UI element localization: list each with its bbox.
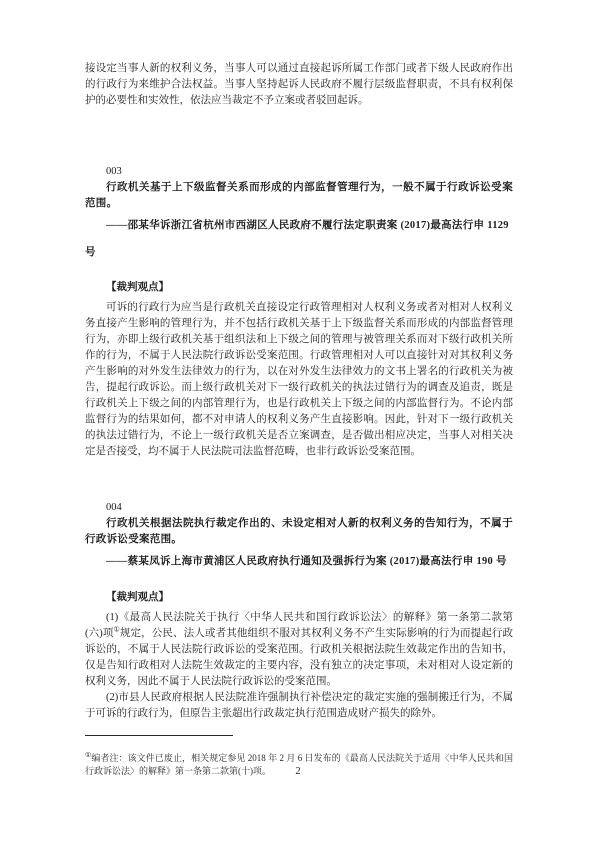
section-004-headline: 行政机关根据法院执行裁定作出的、未设定相对人新的权利义务的告知行为，不属于行政诉… <box>85 516 513 548</box>
section-003-number: 003 <box>85 164 513 180</box>
section-003: 003 行政机关基于上下级监督关系而形成的内部监督管理行为，一般不属于行政诉讼受… <box>85 164 513 460</box>
document-page: 接设定当事人新的权利义务，当事人可以通过直接起诉所属工作部门或者下级人民政府作出… <box>0 0 596 842</box>
footnote-separator <box>85 735 233 736</box>
section-003-citation: ——邵某华诉浙江省杭州市西湖区人民政府不履行法定职责案 (2017)最高法行申 … <box>85 212 513 266</box>
section-004-citation: ——蔡某凤诉上海市黄浦区人民政府执行通知及强拆行为案 (2017)最高法行申 1… <box>85 548 513 575</box>
section-003-viewpoint-paragraph: 可诉的行政行为应当是行政机关直接设定行政管理相对人权利义务或者对相对人权利义务直… <box>85 300 513 460</box>
section-004-viewpoint-paragraph-2: (2)市县人民政府根据人民法院准许强制执行补偿决定的裁定实施的强制搬迁行为，不属… <box>85 690 513 722</box>
section-004-viewpoint-label: 【裁判观点】 <box>85 590 513 606</box>
citation-line: ——邵某华诉浙江省杭州市西湖区人民政府不履行法定职责案 (2017)最高法行申 … <box>106 220 509 231</box>
paragraph-text: 规定，公民、法人或者其他组织不服对其权利义务不产生实际影响的行为而提起行政诉讼的… <box>85 628 513 687</box>
page-content: 接设定当事人新的权利义务，当事人可以通过直接起诉所属工作部门或者下级人民政府作出… <box>85 61 513 722</box>
section-003-headline: 行政机关基于上下级监督关系而形成的内部监督管理行为，一般不属于行政诉讼受案范围。 <box>85 180 513 212</box>
page-number: 2 <box>0 766 596 777</box>
continuation-paragraph: 接设定当事人新的权利义务，当事人可以通过直接起诉所属工作部门或者下级人民政府作出… <box>85 61 513 109</box>
section-003-viewpoint-label: 【裁判观点】 <box>85 280 513 296</box>
section-004: 004 行政机关根据法院执行裁定作出的、未设定相对人新的权利义务的告知行为，不属… <box>85 500 513 722</box>
citation-tail: 号 <box>85 247 96 258</box>
section-004-number: 004 <box>85 500 513 516</box>
section-004-viewpoint-paragraph-1: (1)《最高人民法院关于执行〈中华人民共和国行政诉讼法〉的解释》第一条第二款第(… <box>85 610 513 690</box>
